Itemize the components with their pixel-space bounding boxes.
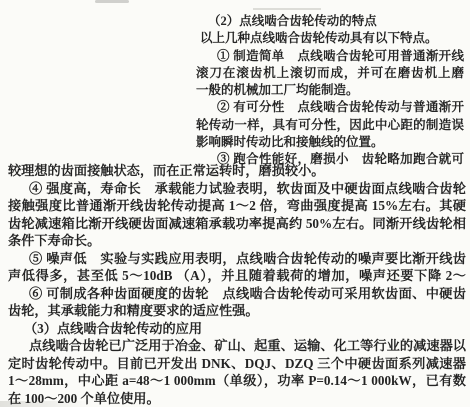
text-line: ⑥ 可制成各种齿面硬度的齿轮 点线啮合齿轮传动可采用软齿面、中硬齿面或硬齿面 xyxy=(8,285,466,303)
text-line: ② 有可分性 点线啮合齿轮传动与普通渐开线齿 xyxy=(196,99,464,116)
text-line-heading-2: （2）点线啮合齿轮传动的特点 xyxy=(196,13,464,30)
top-text-column: （2）点线啮合齿轮传动的特点 以上几种点线啮合齿轮传动具有以下特点。 ① 制造简… xyxy=(196,13,464,169)
text-line: 1～28mm，中心距 a=48～1 000mm（单级），功率 P=0.14～1 … xyxy=(8,372,466,390)
text-line: 齿轮减速箱比渐开线硬齿面减速箱承载功率提高约 50%左右。同渐开线齿轮相比，在相… xyxy=(8,215,466,233)
text-line-heading-3: （3）点线啮合齿轮传动的应用 xyxy=(8,320,466,338)
text-line: 接触强度比普通渐开线齿轮传动提高 1～2 倍，弯曲强度提高 15%左右。其硬齿面… xyxy=(8,197,466,215)
page: （2）点线啮合齿轮传动的特点 以上几种点线啮合齿轮传动具有以下特点。 ① 制造简… xyxy=(0,0,470,407)
body-text-block: 较理想的齿面接触状态，而在正常运转时，磨损较小。 ④ 强度高，寿命长 承载能力试… xyxy=(8,162,466,407)
text-line: 声低得多，甚至低 5～10dB （A），并且随着载荷的增加，噪声还要下降 2～3… xyxy=(8,267,466,285)
text-line: 条件下寿命长。 xyxy=(8,232,466,250)
text-line: 一般的机械加工厂均能制造。 xyxy=(196,82,464,99)
text-line: 点线啮合齿轮已广泛用于冶金、矿山、起重、运输、化工等行业的减速器以及柴油机的 xyxy=(8,337,466,355)
text-line: 以上几种点线啮合齿轮传动具有以下特点。 xyxy=(196,30,464,47)
text-line: 影响瞬时传动比和接触线的位置。 xyxy=(196,134,464,151)
text-line: 较理想的齿面接触状态，而在正常运转时，磨损较小。 xyxy=(8,162,466,180)
text-line: ④ 强度高，寿命长 承载能力试验表明，软齿面及中硬齿面点线啮合齿轮传动的齿面 xyxy=(8,180,466,198)
text-line: 滚刀在滚齿机上滚切而成，并可在磨齿机上磨齿，因此 xyxy=(196,65,464,82)
scan-artifact-top-line xyxy=(253,8,321,10)
text-line: 定时齿轮传动中。目前已开发出 DNK、DQJ、DZQ 三个中硬齿面系列减速器齿轮… xyxy=(8,355,466,373)
text-line: 轮传动一样，具有可分性，因此中心距的制造误差不会 xyxy=(196,117,464,134)
text-line: ① 制造简单 点线啮合齿轮可用普通渐开线齿轮 xyxy=(196,48,464,65)
text-line: 在 100～200 个单位使用。 xyxy=(8,390,466,407)
text-line: ⑤ 噪声低 实验与实践应用表明，点线啮合齿轮传动的噪声要比渐开线齿轮传动的噪 xyxy=(8,250,466,268)
text-line: 齿轮，其承载能力和精度要求的适应性强。 xyxy=(8,302,466,320)
scan-artifact-top-smudge xyxy=(95,0,129,3)
